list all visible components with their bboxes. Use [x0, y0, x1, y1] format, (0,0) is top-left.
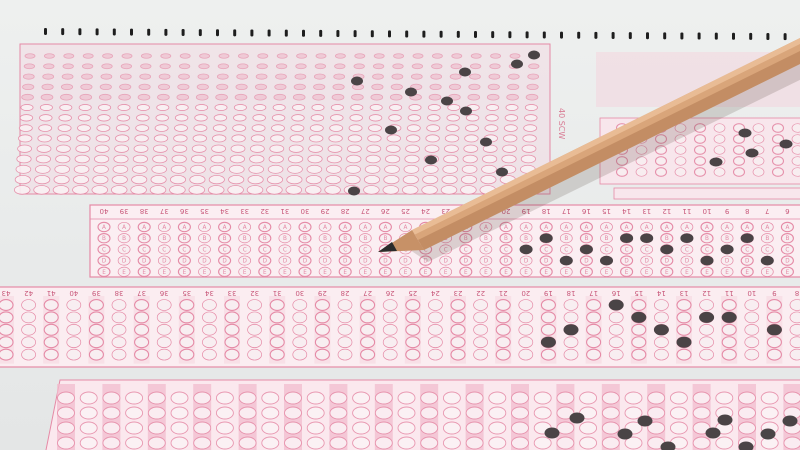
svg-text:C: C [625, 247, 629, 253]
svg-text:A: A [203, 225, 207, 231]
svg-text:40: 40 [100, 207, 109, 215]
svg-text:D: D [645, 259, 650, 265]
svg-text:39: 39 [92, 289, 101, 297]
filled-bubble [660, 245, 673, 255]
svg-text:28: 28 [341, 289, 350, 297]
svg-text:E: E [524, 270, 528, 276]
svg-text:D: D [484, 259, 489, 265]
svg-text:D: D [122, 259, 127, 265]
svg-text:D: D [464, 259, 469, 265]
svg-text:E: E [163, 270, 167, 276]
svg-text:B: B [363, 236, 367, 242]
svg-text:E: E [102, 270, 106, 276]
svg-text:E: E [766, 270, 770, 276]
svg-text:26: 26 [385, 289, 394, 297]
svg-text:18: 18 [567, 289, 576, 297]
svg-text:29: 29 [318, 289, 327, 297]
svg-text:A: A [323, 225, 327, 231]
svg-text:C: C [765, 247, 769, 253]
svg-text:B: B [484, 236, 488, 242]
svg-text:D: D [182, 259, 187, 265]
svg-text:B: B [524, 236, 528, 242]
svg-text:34: 34 [220, 207, 229, 215]
svg-text:B: B [102, 236, 106, 242]
svg-text:D: D [102, 259, 107, 265]
svg-text:17: 17 [562, 207, 571, 215]
filled-bubble [677, 337, 692, 348]
svg-text:D: D [745, 259, 750, 265]
svg-text:D: D [383, 259, 388, 265]
upper-left-block [14, 44, 550, 196]
svg-text:C: C [645, 247, 649, 253]
svg-text:A: A [363, 225, 367, 231]
svg-text:B: B [605, 236, 609, 242]
filled-bubble [609, 300, 624, 311]
svg-text:B: B [584, 236, 588, 242]
filled-bubble [701, 256, 714, 266]
svg-text:A: A [765, 225, 769, 231]
filled-bubble [580, 245, 593, 255]
svg-text:10: 10 [703, 207, 712, 215]
svg-text:E: E [384, 270, 388, 276]
svg-text:E: E [323, 270, 327, 276]
svg-text:C: C [182, 247, 186, 253]
svg-text:C: C [162, 247, 166, 253]
timing-marks [44, 28, 800, 40]
svg-text:E: E [283, 270, 287, 276]
svg-text:B: B [283, 236, 287, 242]
svg-text:C: C [203, 247, 207, 253]
filled-bubble [640, 233, 653, 243]
filled-bubble [560, 256, 573, 266]
svg-text:C: C [243, 247, 247, 253]
svg-text:31: 31 [273, 289, 282, 297]
svg-text:36: 36 [159, 289, 168, 297]
svg-text:D: D [685, 259, 690, 265]
svg-text:B: B [142, 236, 146, 242]
svg-text:30: 30 [295, 289, 304, 297]
svg-text:E: E [183, 270, 187, 276]
svg-text:A: A [645, 225, 649, 231]
svg-text:9: 9 [725, 207, 729, 215]
svg-text:B: B [383, 236, 387, 242]
svg-text:D: D [323, 259, 328, 265]
svg-text:E: E [544, 270, 548, 276]
svg-text:D: D [243, 259, 248, 265]
svg-text:C: C [263, 247, 267, 253]
svg-text:A: A [122, 225, 126, 231]
svg-text:B: B [564, 236, 568, 242]
svg-text:C: C [544, 247, 548, 253]
svg-text:C: C [102, 247, 106, 253]
svg-text:D: D [544, 259, 549, 265]
svg-text:A: A [584, 225, 588, 231]
svg-text:A: A [343, 225, 347, 231]
svg-text:C: C [363, 247, 367, 253]
svg-text:D: D [504, 259, 509, 265]
svg-text:E: E [444, 270, 448, 276]
svg-text:43: 43 [2, 289, 11, 297]
filled-bubble [741, 233, 754, 243]
svg-text:8: 8 [795, 289, 799, 297]
svg-text:A: A [524, 225, 528, 231]
filled-bubble [721, 245, 734, 255]
svg-text:B: B [323, 236, 327, 242]
svg-text:14: 14 [656, 289, 665, 297]
svg-text:42: 42 [24, 289, 33, 297]
svg-text:36: 36 [179, 207, 188, 215]
svg-text:9: 9 [772, 289, 776, 297]
filled-bubble [600, 256, 613, 266]
svg-text:20: 20 [521, 289, 530, 297]
svg-text:12: 12 [702, 289, 711, 297]
svg-text:B: B [182, 236, 186, 242]
svg-text:A: A [504, 225, 508, 231]
svg-text:A: A [725, 225, 729, 231]
side-label: 40 SCW [557, 108, 566, 139]
svg-text:D: D [343, 259, 348, 265]
svg-text:A: A [263, 225, 267, 231]
filled-bubble [520, 245, 533, 255]
svg-text:D: D [444, 259, 449, 265]
svg-text:B: B [203, 236, 207, 242]
svg-text:E: E [424, 270, 428, 276]
filled-bubble [654, 324, 669, 335]
svg-text:25: 25 [401, 207, 410, 215]
svg-text:30: 30 [301, 207, 310, 215]
svg-text:D: D [584, 259, 589, 265]
svg-text:26: 26 [380, 207, 389, 215]
svg-text:39: 39 [120, 207, 129, 215]
svg-text:E: E [142, 270, 146, 276]
svg-text:E: E [745, 270, 749, 276]
svg-text:B: B [303, 236, 307, 242]
svg-text:12: 12 [662, 207, 671, 215]
svg-text:C: C [223, 247, 227, 253]
svg-text:A: A [685, 225, 689, 231]
svg-text:B: B [665, 236, 669, 242]
svg-text:D: D [725, 259, 730, 265]
svg-text:C: C [464, 247, 468, 253]
svg-text:D: D [303, 259, 308, 265]
svg-text:A: A [605, 225, 609, 231]
svg-text:B: B [504, 236, 508, 242]
svg-text:27: 27 [361, 207, 370, 215]
svg-text:37: 37 [137, 289, 146, 297]
svg-text:C: C [343, 247, 347, 253]
svg-text:38: 38 [115, 289, 124, 297]
svg-text:C: C [685, 247, 689, 253]
svg-text:B: B [725, 236, 729, 242]
lower-answer-band: 4342414039383736353433323130292827262524… [0, 287, 800, 367]
svg-text:E: E [223, 270, 227, 276]
svg-text:13: 13 [642, 207, 651, 215]
filled-bubble [699, 312, 714, 323]
bottom-answer-band [45, 380, 800, 450]
svg-text:35: 35 [200, 207, 209, 215]
svg-text:D: D [524, 259, 529, 265]
svg-text:E: E [404, 270, 408, 276]
svg-text:17: 17 [589, 289, 598, 297]
svg-text:A: A [705, 225, 709, 231]
svg-text:37: 37 [160, 207, 169, 215]
svg-text:19: 19 [544, 289, 553, 297]
svg-text:A: A [625, 225, 629, 231]
svg-text:B: B [765, 236, 769, 242]
svg-text:D: D [363, 259, 368, 265]
svg-text:33: 33 [228, 289, 237, 297]
svg-text:E: E [645, 270, 649, 276]
svg-text:A: A [785, 225, 789, 231]
svg-text:C: C [605, 247, 609, 253]
svg-text:D: D [142, 259, 147, 265]
svg-text:24: 24 [430, 289, 439, 297]
answer-sheet-photo: 4039383736353433323130292827262524232221… [0, 0, 800, 450]
svg-text:A: A [303, 225, 307, 231]
svg-text:31: 31 [280, 207, 289, 215]
svg-text:E: E [725, 270, 729, 276]
filled-bubble [620, 233, 633, 243]
svg-text:A: A [564, 225, 568, 231]
svg-text:18: 18 [542, 207, 551, 215]
svg-text:D: D [202, 259, 207, 265]
svg-text:E: E [565, 270, 569, 276]
svg-text:33: 33 [240, 207, 249, 215]
svg-text:E: E [364, 270, 368, 276]
svg-text:E: E [303, 270, 307, 276]
svg-text:C: C [484, 247, 488, 253]
filled-bubble [541, 337, 556, 348]
svg-text:15: 15 [602, 207, 611, 215]
svg-text:C: C [785, 247, 789, 253]
photo-scene: 4039383736353433323130292827262524232221… [0, 0, 800, 450]
svg-text:E: E [122, 270, 126, 276]
svg-text:C: C [745, 247, 749, 253]
svg-text:E: E [484, 270, 488, 276]
svg-text:B: B [223, 236, 227, 242]
svg-text:29: 29 [321, 207, 330, 215]
svg-text:14: 14 [622, 207, 631, 215]
filled-bubble [564, 324, 579, 335]
svg-text:15: 15 [634, 289, 643, 297]
svg-text:32: 32 [260, 207, 269, 215]
svg-text:11: 11 [725, 289, 734, 297]
svg-text:C: C [303, 247, 307, 253]
svg-text:38: 38 [140, 207, 149, 215]
svg-text:E: E [203, 270, 207, 276]
filled-bubble [540, 233, 553, 243]
svg-text:C: C [564, 247, 568, 253]
svg-text:B: B [263, 236, 267, 242]
svg-text:40: 40 [69, 289, 78, 297]
svg-text:A: A [102, 225, 106, 231]
svg-text:25: 25 [408, 289, 417, 297]
svg-text:D: D [785, 259, 790, 265]
svg-text:A: A [162, 225, 166, 231]
svg-text:41: 41 [47, 289, 56, 297]
svg-text:D: D [162, 259, 167, 265]
svg-text:35: 35 [182, 289, 191, 297]
svg-text:A: A [544, 225, 548, 231]
svg-text:B: B [162, 236, 166, 242]
svg-text:16: 16 [611, 289, 620, 297]
svg-text:D: D [665, 259, 670, 265]
svg-text:C: C [323, 247, 327, 253]
svg-text:7: 7 [765, 207, 769, 215]
svg-text:D: D [624, 259, 629, 265]
svg-text:D: D [263, 259, 268, 265]
svg-text:23: 23 [454, 289, 463, 297]
svg-text:28: 28 [341, 207, 350, 215]
svg-text:E: E [705, 270, 709, 276]
svg-text:A: A [404, 225, 408, 231]
svg-text:E: E [625, 270, 629, 276]
svg-text:A: A [283, 225, 287, 231]
svg-text:A: A [142, 225, 146, 231]
svg-text:27: 27 [363, 289, 372, 297]
svg-text:B: B [243, 236, 247, 242]
svg-text:E: E [665, 270, 669, 276]
svg-text:16: 16 [581, 207, 590, 215]
svg-text:C: C [504, 247, 508, 253]
filled-bubble [722, 312, 737, 323]
svg-text:C: C [122, 247, 126, 253]
svg-text:D: D [283, 259, 288, 265]
svg-text:11: 11 [682, 207, 691, 215]
svg-text:D: D [222, 259, 227, 265]
svg-text:E: E [504, 270, 508, 276]
svg-text:E: E [464, 270, 468, 276]
svg-text:A: A [383, 225, 387, 231]
svg-text:E: E [605, 270, 609, 276]
svg-text:32: 32 [250, 289, 259, 297]
svg-text:B: B [705, 236, 709, 242]
svg-text:22: 22 [476, 289, 485, 297]
svg-text:C: C [142, 247, 146, 253]
svg-text:24: 24 [421, 207, 430, 215]
svg-text:34: 34 [204, 289, 213, 297]
svg-text:C: C [283, 247, 287, 253]
svg-text:D: D [403, 259, 408, 265]
svg-text:B: B [122, 236, 126, 242]
svg-text:10: 10 [747, 289, 756, 297]
filled-bubble [631, 312, 646, 323]
svg-text:A: A [223, 225, 227, 231]
svg-text:A: A [665, 225, 669, 231]
svg-text:E: E [343, 270, 347, 276]
svg-text:6: 6 [785, 207, 790, 215]
svg-text:21: 21 [499, 289, 508, 297]
svg-text:C: C [705, 247, 709, 253]
svg-text:B: B [785, 236, 789, 242]
filled-bubble [761, 256, 774, 266]
svg-text:E: E [685, 270, 689, 276]
svg-text:E: E [786, 270, 790, 276]
svg-text:8: 8 [745, 207, 749, 215]
svg-text:A: A [243, 225, 247, 231]
svg-text:E: E [585, 270, 589, 276]
svg-text:E: E [263, 270, 267, 276]
svg-text:13: 13 [680, 289, 689, 297]
svg-text:B: B [343, 236, 347, 242]
svg-text:A: A [182, 225, 186, 231]
filled-bubble [767, 324, 782, 335]
filled-bubble [680, 233, 693, 243]
svg-text:A: A [745, 225, 749, 231]
svg-text:E: E [243, 270, 247, 276]
